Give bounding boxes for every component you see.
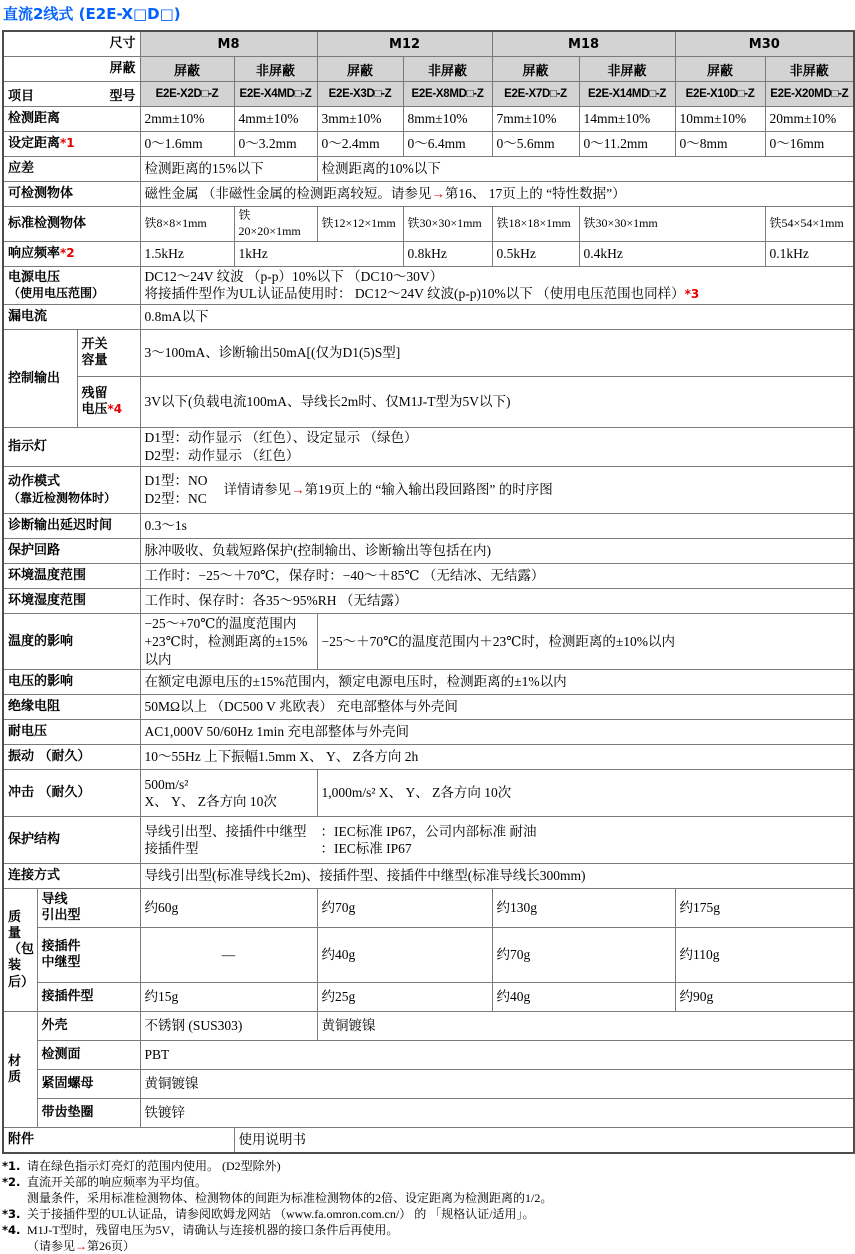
row-label: 漏电流	[3, 305, 140, 330]
row-insulation-resistance: 绝缘电阻 50MΩ以上 （DC500 V 兆欧表） 充电部整体与外壳间	[3, 695, 854, 720]
size-m18: M18	[492, 31, 675, 57]
row-label: 动作模式 （靠近检测物体时）	[3, 466, 140, 513]
row-label: 环境温度范围	[3, 563, 140, 588]
row-detection-distance: 检测距离 2mm±10% 4mm±10% 3mm±10% 8mm±10% 7mm…	[3, 107, 854, 132]
spec-value: 约110g	[675, 928, 854, 983]
shield-col: 非屏蔽	[765, 57, 854, 82]
spec-value: 3V以下(负载电流100mA、导线长2m时、仅M1J-T型为5V以下)	[140, 377, 854, 428]
spec-value: 约175g	[675, 889, 854, 928]
spec-value: 检测距离的10%以下	[317, 157, 854, 182]
row-supply-voltage: 电源电压 （使用电压范围） DC12～24V 纹波 （p-p）10%以下 （DC…	[3, 266, 854, 305]
row-material-toothed-washer: 带齿垫圈 铁镀锌	[3, 1099, 854, 1128]
spec-value: 铁8×8×1mm	[140, 207, 234, 242]
model-number: E2E-X7D□-Z	[492, 82, 579, 107]
spec-value: 0.8kHz	[403, 241, 492, 266]
size-m12: M12	[317, 31, 492, 57]
row-shock: 冲击 （耐久） 500m/s² X、 Y、 Z各方向 10次 1,000m/s²…	[3, 770, 854, 817]
row-label: 可检测物体	[3, 182, 140, 207]
spec-value: 铁30×30×1mm	[579, 207, 765, 242]
sub-label: 外壳	[37, 1012, 140, 1041]
row-label: 绝缘电阻	[3, 695, 140, 720]
spec-value: 约15g	[140, 983, 317, 1012]
footnote-1: *1. 请在绿色指示灯亮灯的范围内使用。 (D2型除外)	[2, 1159, 853, 1175]
footnote-marker: *4.	[2, 1223, 27, 1238]
spec-value: 3～100mA、诊断输出50mA[(仅为D1(5)S型]	[140, 330, 854, 377]
ref-arrow-icon: →	[291, 482, 305, 497]
spec-value: 1,000m/s² X、 Y、 Z各方向 10次	[317, 770, 854, 817]
spec-value: 0～5.6mm	[492, 132, 579, 157]
row-detectable-object: 可检测物体 磁性金属 （非磁性金属的检测距离较短。请参见→第16、 17页上的 …	[3, 182, 854, 207]
row-label: 应差	[3, 157, 140, 182]
row-label: 电源电压 （使用电压范围）	[3, 266, 140, 305]
row-weight-connector-relay: 接插件 中继型 — 约40g 约70g 约110g	[3, 928, 854, 983]
model-number: E2E-X20MD□-Z	[765, 82, 854, 107]
shield-col: 屏蔽	[492, 57, 579, 82]
row-connection-method: 连接方式 导线引出型(标准导线长2m)、接插件型、接插件中继型(标准导线长300…	[3, 864, 854, 889]
header-row-model: 项目 型号 E2E-X2D□-Z E2E-X4MD□-Z E2E-X3D□-Z …	[3, 82, 854, 107]
row-label-weight: 质量 （包装 后）	[3, 889, 37, 1012]
row-label: 冲击 （耐久）	[3, 770, 140, 817]
spec-value: 不锈钢 (SUS303)	[140, 1012, 317, 1041]
row-material-clamping-nut: 紧固螺母 黄铜镀镍	[3, 1070, 854, 1099]
spec-value: 0～1.6mm	[140, 132, 234, 157]
row-label: 响应频率*2	[3, 241, 140, 266]
spec-value: 500m/s² X、 Y、 Z各方向 10次	[140, 770, 317, 817]
row-standard-object: 标准检测物体 铁8×8×1mm 铁20×20×1mm 铁12×12×1mm 铁3…	[3, 207, 854, 242]
spec-value: 约130g	[492, 889, 675, 928]
footnote-mark-3: *3	[685, 287, 700, 301]
row-protection-circuit: 保护回路 脉冲吸收、负载短路保护(控制输出、诊断输出等包括在内)	[3, 538, 854, 563]
spec-value: 0.3～1s	[140, 513, 854, 538]
spec-value: 0.8mA以下	[140, 305, 854, 330]
row-label: 保护回路	[3, 538, 140, 563]
row-temperature-influence: 温度的影响 −25～+70℃的温度范围内 +23℃时，检测距离的±15% 以内 …	[3, 613, 854, 669]
spec-value: PBT	[140, 1041, 854, 1070]
spec-value: 约25g	[317, 983, 492, 1012]
spec-value: AC1,000V 50/60Hz 1min 充电部整体与外壳间	[140, 720, 854, 745]
spec-value: 脉冲吸收、负载短路保护(控制输出、诊断输出等包括在内)	[140, 538, 854, 563]
spec-value: 黄铜镀镍	[140, 1070, 854, 1099]
shield-col: 屏蔽	[140, 57, 234, 82]
model-number: E2E-X8MD□-Z	[403, 82, 492, 107]
footnote-marker: *3.	[2, 1207, 27, 1222]
spec-value: 0.5kHz	[492, 241, 579, 266]
spec-value: 黄铜镀镍	[317, 1012, 854, 1041]
row-hysteresis: 应差 检测距离的15%以下 检测距离的10%以下	[3, 157, 854, 182]
sub-label: 紧固螺母	[37, 1070, 140, 1099]
footnote-marker: *1.	[2, 1159, 27, 1174]
spec-value: −25～＋70℃的温度范围内＋23℃时，检测距离的±10%以内	[317, 613, 854, 669]
row-dielectric-strength: 耐电压 AC1,000V 50/60Hz 1min 充电部整体与外壳间	[3, 720, 854, 745]
spec-value: 14mm±10%	[579, 107, 675, 132]
timing-chart-note: 详情请参见→第19页上的 “输入输出段回路图” 的时序图	[224, 481, 553, 499]
sub-label: 残留 电压*4	[77, 377, 140, 428]
spec-value: 使用说明书	[234, 1128, 854, 1154]
row-label: 连接方式	[3, 864, 140, 889]
row-indicator: 指示灯 D1型：动作显示 （红色）、设定显示 （绿色） D2型：动作显示 （红色…	[3, 428, 854, 467]
model-number: E2E-X4MD□-Z	[234, 82, 317, 107]
row-label: 振动 （耐久）	[3, 745, 140, 770]
footnote-mark-1: *1	[60, 136, 75, 150]
footnote-marker: *2.	[2, 1175, 27, 1190]
shield-col: 屏蔽	[675, 57, 765, 82]
row-label: 温度的影响	[3, 613, 140, 669]
spec-value: 约40g	[492, 983, 675, 1012]
spec-value: 工作时：−25～＋70℃，保存时：−40～＋85℃ （无结冰、无结露）	[140, 563, 854, 588]
page-title: 直流2线式 (E2E-X□D□)	[2, 2, 853, 30]
size-label: 尺寸	[3, 31, 140, 57]
row-accessories: 附件 使用说明书	[3, 1128, 854, 1154]
sub-label: 检测面	[37, 1041, 140, 1070]
row-label: 附件	[3, 1128, 234, 1154]
shield-col: 非屏蔽	[234, 57, 317, 82]
row-switching-capacity: 控制输出 开关 容量 3～100mA、诊断输出50mA[(仅为D1(5)S型]	[3, 330, 854, 377]
spec-value: 在额定电源电压的±15%范围内，额定电源电压时，检测距离的±1%以内	[140, 670, 854, 695]
ref-arrow-icon: →	[75, 1239, 87, 1253]
shield-col: 非屏蔽	[403, 57, 492, 82]
spec-value: 约40g	[317, 928, 492, 983]
row-label: 保护结构	[3, 817, 140, 864]
model-number: E2E-X3D□-Z	[317, 82, 403, 107]
spec-value: 50MΩ以上 （DC500 V 兆欧表） 充电部整体与外壳间	[140, 695, 854, 720]
row-label: 设定距离*1	[3, 132, 140, 157]
row-response-frequency: 响应频率*2 1.5kHz 1kHz 0.8kHz 0.5kHz 0.4kHz …	[3, 241, 854, 266]
spec-value: 导线引出型(标准导线长2m)、接插件型、接插件中继型(标准导线长300mm)	[140, 864, 854, 889]
spec-value: 工作时、保存时：各35～95%RH （无结露）	[140, 588, 854, 613]
row-leakage-current: 漏电流 0.8mA以下	[3, 305, 854, 330]
row-label: 耐电压	[3, 720, 140, 745]
spec-value: 铁54×54×1mm	[765, 207, 854, 242]
shield-col: 非屏蔽	[579, 57, 675, 82]
footnote-2-line2: 测量条件，采用标准检测物体、检测物体的间距为标准检测物体的2倍、设定距离为检测距…	[27, 1191, 853, 1207]
spec-value: −25～+70℃的温度范围内 +23℃时，检测距离的±15% 以内	[140, 613, 317, 669]
spec-value: 0～2.4mm	[317, 132, 403, 157]
row-label: 标准检测物体	[3, 207, 140, 242]
spec-value: 约60g	[140, 889, 317, 928]
footnote-2: *2. 直流开关部的响应频率为平均值。	[2, 1175, 853, 1191]
footnote-mark-2: *2	[60, 246, 75, 260]
spec-value: 0～8mm	[675, 132, 765, 157]
row-material-sensing-surface: 检测面 PBT	[3, 1041, 854, 1070]
spec-value: —	[140, 928, 317, 983]
spec-value: 1kHz	[234, 241, 403, 266]
model-number: E2E-X14MD□-Z	[579, 82, 675, 107]
spec-table: 尺寸 M8 M12 M18 M30 屏蔽 屏蔽 非屏蔽 屏蔽 非屏蔽 屏蔽 非屏…	[2, 30, 855, 1154]
spec-value: 0.1kHz	[765, 241, 854, 266]
row-label: 环境湿度范围	[3, 588, 140, 613]
spec-value: 铁18×18×1mm	[492, 207, 579, 242]
spec-value: D1型：NO D2型：NC 详情请参见→第19页上的 “输入输出段回路图” 的时…	[140, 466, 854, 513]
spec-value: 磁性金属 （非磁性金属的检测距离较短。请参见→第16、 17页上的 “特性数据”…	[140, 182, 854, 207]
spec-value: 0～3.2mm	[234, 132, 317, 157]
spec-value: DC12～24V 纹波 （p-p）10%以下 （DC10～30V） 将接插件型作…	[140, 266, 854, 305]
spec-value: 0～16mm	[765, 132, 854, 157]
model-number: E2E-X2D□-Z	[140, 82, 234, 107]
footnote-mark-4: *4	[108, 402, 123, 416]
spec-value: 铁30×30×1mm	[403, 207, 492, 242]
spec-value: 4mm±10%	[234, 107, 317, 132]
model-label: 型号	[110, 85, 136, 104]
row-label-material: 材质	[3, 1012, 37, 1128]
row-ambient-humidity: 环境湿度范围 工作时、保存时：各35～95%RH （无结露）	[3, 588, 854, 613]
row-label-control-output: 控制输出	[3, 330, 77, 428]
row-degree-of-protection: 保护结构 导线引出型、接插件中继型 接插件型 ：IEC标准 IP67，公司内部标…	[3, 817, 854, 864]
row-label: 检测距离	[3, 107, 140, 132]
row-label: 电压的影响	[3, 670, 140, 695]
spec-value: 导线引出型、接插件中继型 接插件型 ：IEC标准 IP67，公司内部标准 耐油 …	[140, 817, 854, 864]
row-ambient-temperature: 环境温度范围 工作时：−25～＋70℃，保存时：−40～＋85℃ （无结冰、无结…	[3, 563, 854, 588]
spec-value: 20mm±10%	[765, 107, 854, 132]
row-weight-connector: 接插件型 约15g 约25g 约40g 约90g	[3, 983, 854, 1012]
spec-value: 1.5kHz	[140, 241, 234, 266]
spec-value: 8mm±10%	[403, 107, 492, 132]
sub-label: 开关 容量	[77, 330, 140, 377]
row-set-distance: 设定距离*1 0～1.6mm 0～3.2mm 0～2.4mm 0～6.4mm 0…	[3, 132, 854, 157]
row-material-case: 材质 外壳 不锈钢 (SUS303) 黄铜镀镍	[3, 1012, 854, 1041]
spec-value: 0～11.2mm	[579, 132, 675, 157]
spec-value: 10～55Hz 上下振幅1.5mm X、 Y、 Z各方向 2h	[140, 745, 854, 770]
spec-value: 0～6.4mm	[403, 132, 492, 157]
ref-arrow-icon: →	[431, 186, 445, 201]
row-operation-mode: 动作模式 （靠近检测物体时） D1型：NO D2型：NC 详情请参见→第19页上…	[3, 466, 854, 513]
spec-value: 约90g	[675, 983, 854, 1012]
row-label: 诊断输出延迟时间	[3, 513, 140, 538]
sub-label: 带齿垫圈	[37, 1099, 140, 1128]
footnote-3: *3. 关于接插件型的UL认证品，请参阅欧姆龙网站 （www.fa.omron.…	[2, 1207, 853, 1223]
size-m8: M8	[140, 31, 317, 57]
spec-value: 10mm±10%	[675, 107, 765, 132]
sub-label: 接插件 中继型	[37, 928, 140, 983]
row-label: 指示灯	[3, 428, 140, 467]
spec-value: D1型：动作显示 （红色）、设定显示 （绿色） D2型：动作显示 （红色）	[140, 428, 854, 467]
item-label: 项目	[8, 85, 34, 104]
row-diagnostic-delay: 诊断输出延迟时间 0.3～1s	[3, 513, 854, 538]
spec-value: 约70g	[317, 889, 492, 928]
spec-value: 约70g	[492, 928, 675, 983]
spec-value: 7mm±10%	[492, 107, 579, 132]
footnotes: *1. 请在绿色指示灯亮灯的范围内使用。 (D2型除外) *2. 直流开关部的响…	[2, 1159, 853, 1254]
sub-label: 导线 引出型	[37, 889, 140, 928]
shield-col: 屏蔽	[317, 57, 403, 82]
spec-value: 检测距离的15%以下	[140, 157, 317, 182]
footnote-4: *4. M1J-T型时，残留电压为5V，请确认与连接机器的接口条件后再使用。	[2, 1223, 853, 1239]
row-weight-prewired: 质量 （包装 后） 导线 引出型 约60g 约70g 约130g 约175g	[3, 889, 854, 928]
model-number: E2E-X10D□-Z	[675, 82, 765, 107]
footnote-4-line2: （请参见→第26页）	[27, 1239, 853, 1254]
row-vibration: 振动 （耐久） 10～55Hz 上下振幅1.5mm X、 Y、 Z各方向 2h	[3, 745, 854, 770]
row-voltage-influence: 电压的影响 在额定电源电压的±15%范围内，额定电源电压时，检测距离的±1%以内	[3, 670, 854, 695]
spec-value: 3mm±10%	[317, 107, 403, 132]
datasheet-page: 直流2线式 (E2E-X□D□) 尺寸 M8 M12 M18 M30 屏蔽 屏蔽…	[0, 0, 855, 1254]
size-m30: M30	[675, 31, 854, 57]
shield-label: 屏蔽	[3, 57, 140, 82]
spec-value: 2mm±10%	[140, 107, 234, 132]
spec-value: 铁20×20×1mm	[234, 207, 317, 242]
header-row-size: 尺寸 M8 M12 M18 M30	[3, 31, 854, 57]
item-model-cell: 项目 型号	[3, 82, 140, 107]
spec-value: 铁镀锌	[140, 1099, 854, 1128]
header-row-shield: 屏蔽 屏蔽 非屏蔽 屏蔽 非屏蔽 屏蔽 非屏蔽 屏蔽 非屏蔽	[3, 57, 854, 82]
spec-value: 铁12×12×1mm	[317, 207, 403, 242]
sub-label: 接插件型	[37, 983, 140, 1012]
row-residual-voltage: 残留 电压*4 3V以下(负载电流100mA、导线长2m时、仅M1J-T型为5V…	[3, 377, 854, 428]
spec-value: 0.4kHz	[579, 241, 765, 266]
